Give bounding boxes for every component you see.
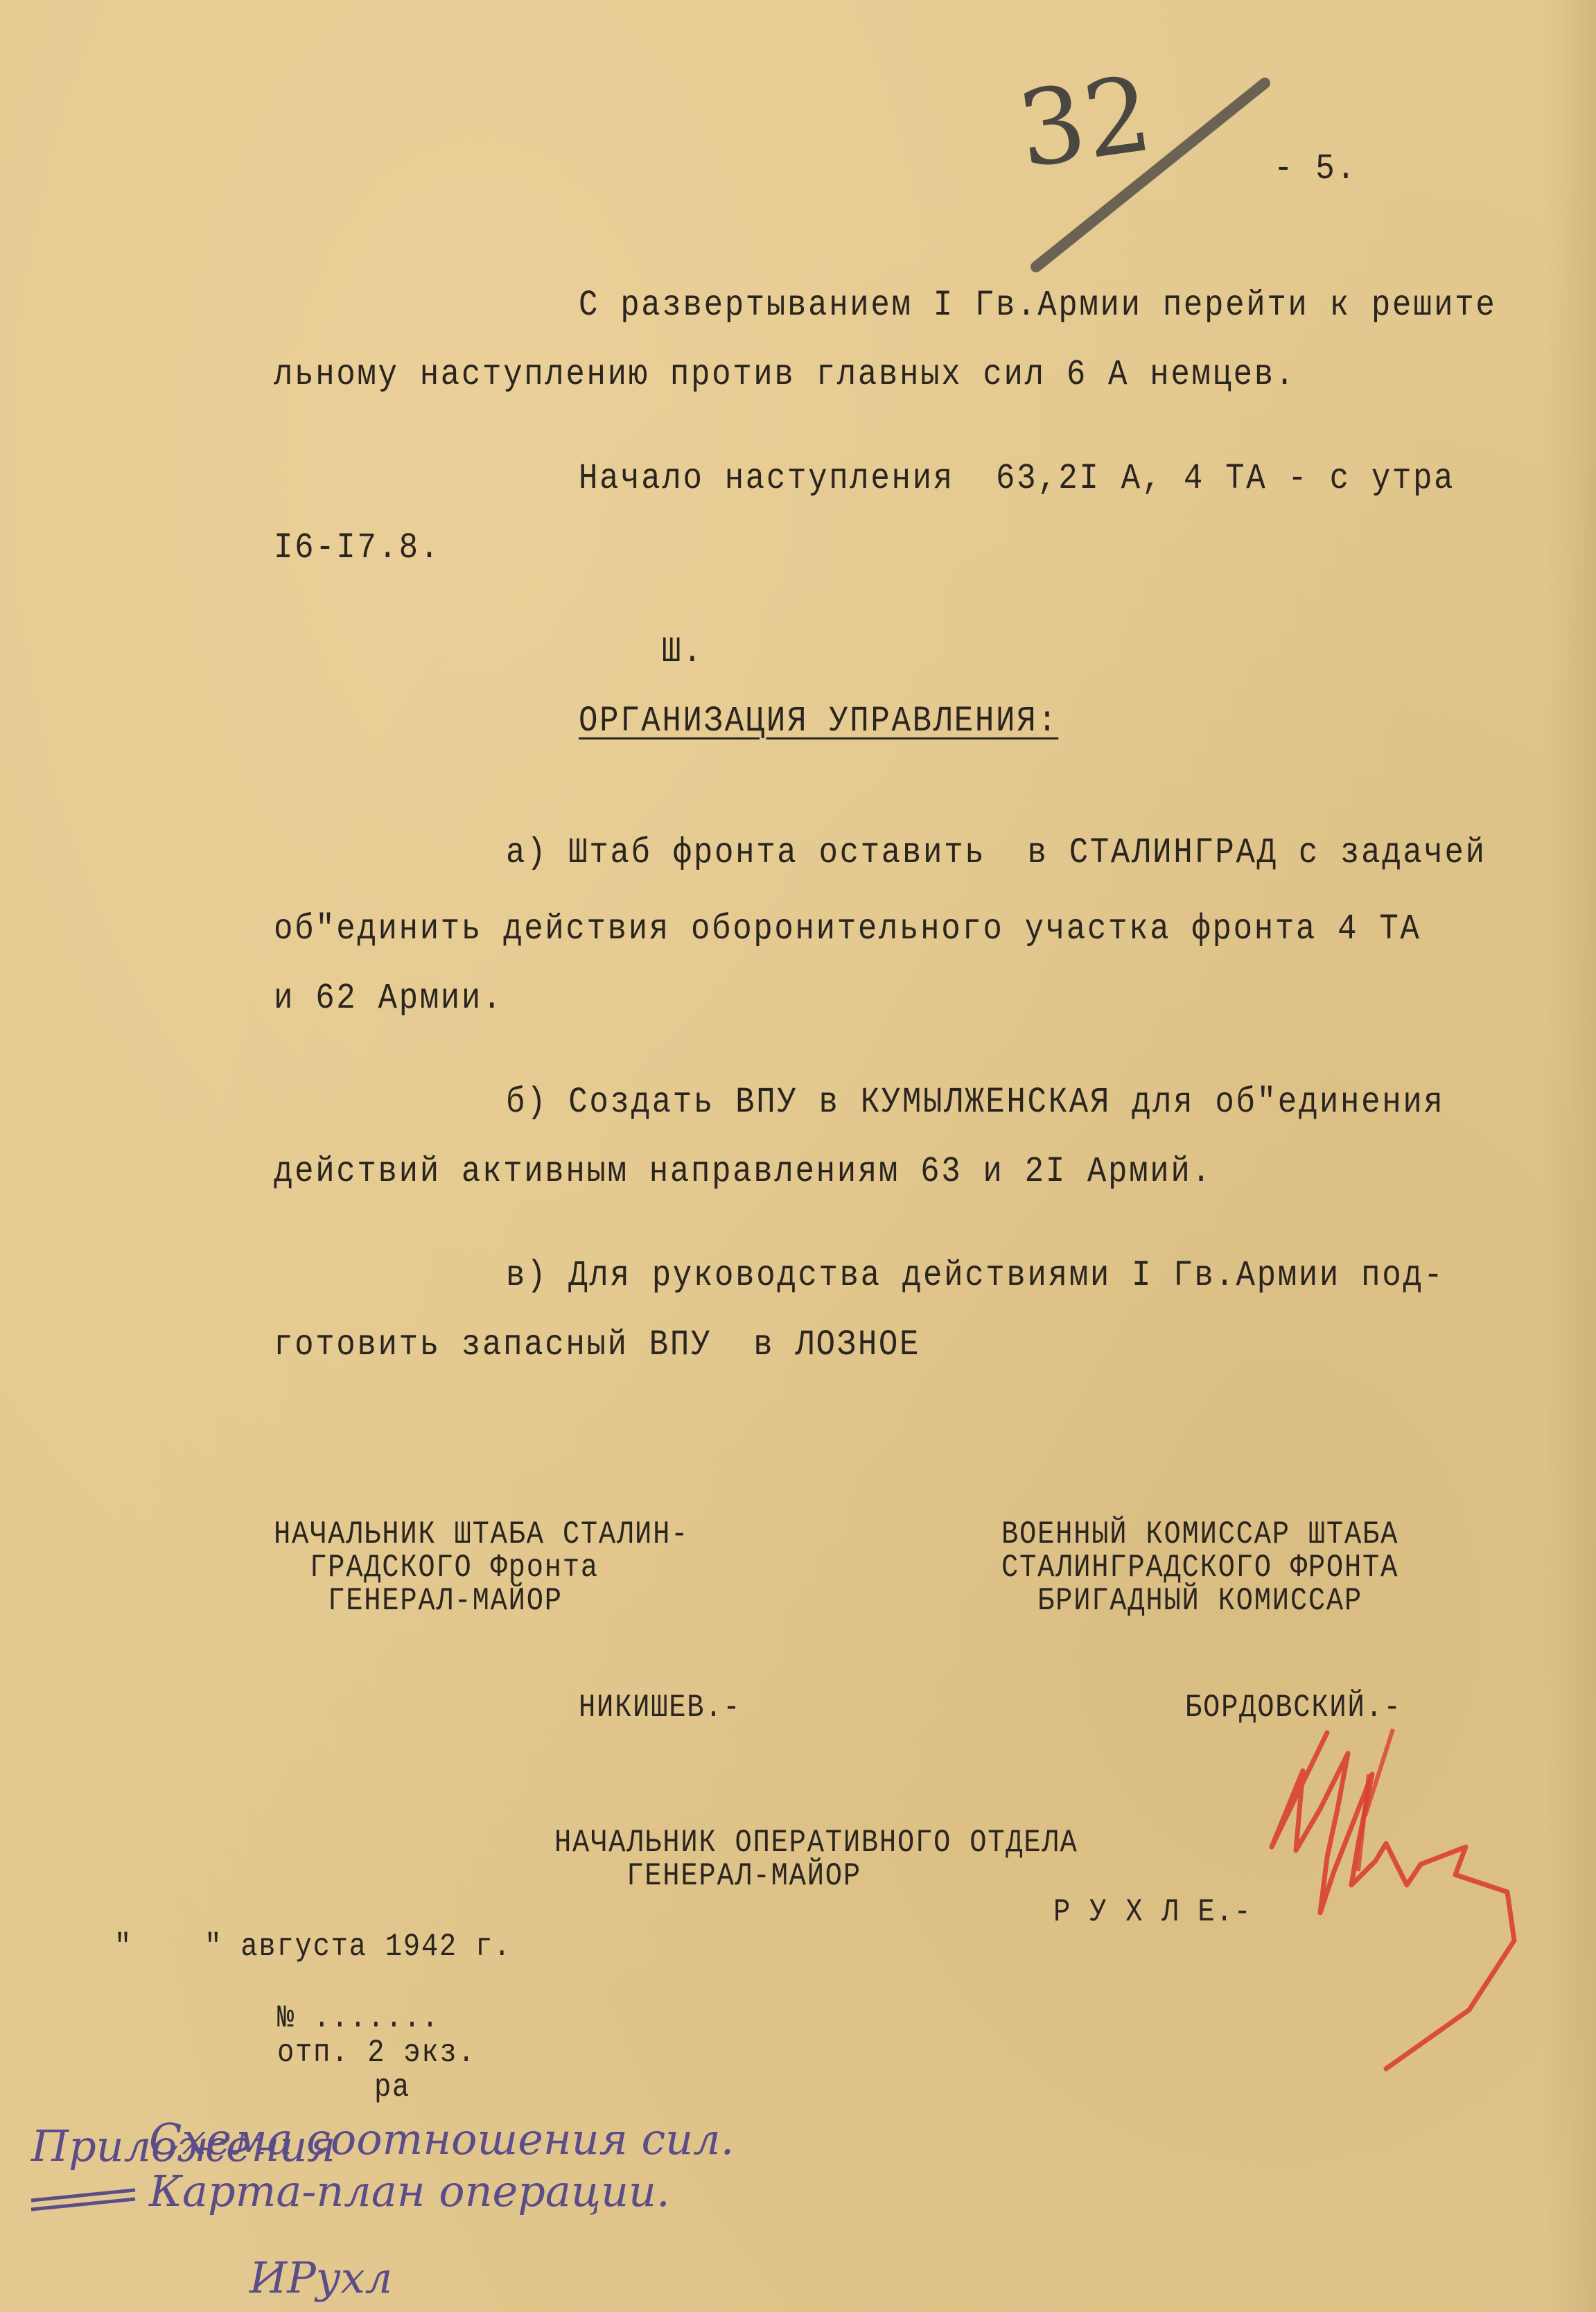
annex-item-1: Схема соотношения сил. <box>149 2114 734 2164</box>
annex-underline <box>0 0 1596 2312</box>
annex-item-2: Карта-план операции. <box>149 2166 670 2216</box>
annex-initials: ИРухл <box>249 2252 392 2303</box>
